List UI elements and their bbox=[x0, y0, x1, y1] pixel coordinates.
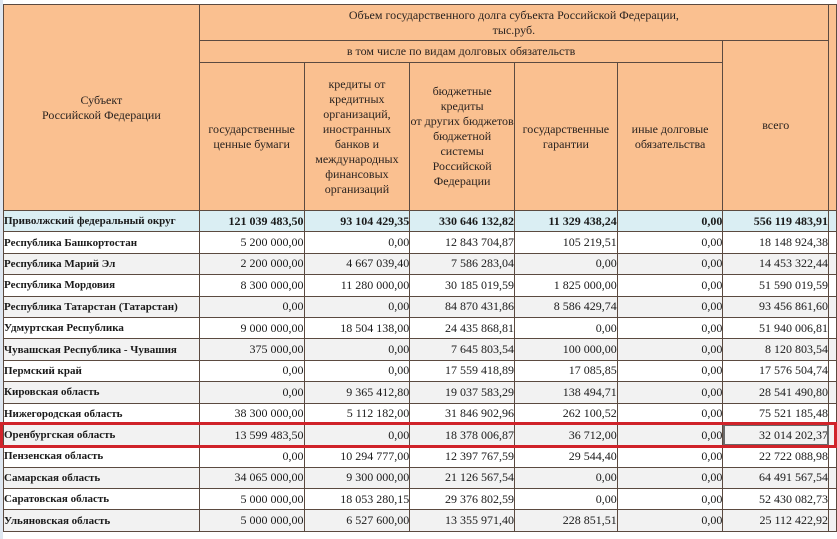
table-row: Республика Татарстан (Татарстан)0,000,00… bbox=[4, 296, 837, 317]
col-header-guarantees[interactable]: государственные гарантии bbox=[514, 63, 617, 211]
cut-cell bbox=[829, 339, 837, 360]
value-cell[interactable]: 12 843 704,87 bbox=[410, 232, 515, 253]
value-cell[interactable]: 11 329 438,24 bbox=[514, 211, 617, 232]
table-row: Нижегородская область38 300 000,005 112 … bbox=[4, 403, 837, 424]
cut-column-header bbox=[829, 5, 837, 211]
value-cell[interactable]: 19 037 583,29 bbox=[410, 382, 515, 403]
value-cell[interactable]: 52 430 082,73 bbox=[723, 489, 829, 510]
value-cell[interactable]: 51 590 019,59 bbox=[723, 275, 829, 296]
region-name-cell[interactable]: Республика Мордовия bbox=[4, 275, 200, 296]
value-cell[interactable]: 0,00 bbox=[617, 424, 723, 445]
value-cell[interactable]: 13 355 971,40 bbox=[410, 510, 515, 531]
table-row: Оренбургская область13 599 483,500,0018 … bbox=[4, 424, 837, 445]
region-name-cell[interactable]: Чувашская Республика - Чувашия bbox=[4, 339, 200, 360]
debt-table: Субъект Российской Федерации Объем госуд… bbox=[3, 4, 837, 532]
col-header-budget-credits[interactable]: бюджетные кредиты от других бюджетов бюд… bbox=[410, 63, 515, 211]
cut-cell bbox=[829, 275, 837, 296]
table-row: Ульяновская область5 000 000,006 527 600… bbox=[4, 510, 837, 531]
value-cell[interactable]: 0,00 bbox=[617, 275, 723, 296]
table-row-total: Приволжский федеральный округ121 039 483… bbox=[4, 211, 837, 232]
value-cell[interactable]: 4 667 039,40 bbox=[304, 253, 410, 274]
value-cell[interactable]: 93 456 861,60 bbox=[723, 296, 829, 317]
cut-cell bbox=[829, 424, 837, 445]
cut-cell bbox=[829, 211, 837, 232]
value-cell[interactable]: 18 148 924,38 bbox=[723, 232, 829, 253]
table-row: Пензенская область0,0010 294 777,0012 39… bbox=[4, 446, 837, 467]
region-name-cell[interactable]: Республика Башкортостан bbox=[4, 232, 200, 253]
table-row: Республика Марий Эл2 200 000,004 667 039… bbox=[4, 253, 837, 274]
value-cell[interactable]: 13 599 483,50 bbox=[199, 424, 304, 445]
region-name-cell[interactable]: Ульяновская область bbox=[4, 510, 200, 531]
value-cell[interactable]: 0,00 bbox=[617, 446, 723, 467]
value-cell[interactable]: 0,00 bbox=[617, 339, 723, 360]
value-cell[interactable]: 25 112 422,92 bbox=[723, 510, 829, 531]
value-cell[interactable]: 0,00 bbox=[514, 489, 617, 510]
region-name-cell[interactable]: Приволжский федеральный округ bbox=[4, 211, 200, 232]
value-cell[interactable]: 14 453 322,44 bbox=[723, 253, 829, 274]
value-cell[interactable]: 7 645 803,54 bbox=[410, 339, 515, 360]
cut-cell bbox=[829, 510, 837, 531]
table-row: Республика Мордовия8 300 000,0011 280 00… bbox=[4, 275, 837, 296]
table-row: Саратовская область5 000 000,0018 053 28… bbox=[4, 489, 837, 510]
cut-cell bbox=[829, 382, 837, 403]
table-row: Чувашская Республика - Чувашия375 000,00… bbox=[4, 339, 837, 360]
value-cell[interactable]: 0,00 bbox=[617, 467, 723, 488]
value-cell[interactable]: 22 722 088,98 bbox=[723, 446, 829, 467]
region-name-cell[interactable]: Самарская область bbox=[4, 467, 200, 488]
region-name-cell[interactable]: Пензенская область bbox=[4, 446, 200, 467]
region-name-cell[interactable]: Республика Марий Эл bbox=[4, 253, 200, 274]
value-cell[interactable]: 28 541 490,80 bbox=[723, 382, 829, 403]
value-cell[interactable]: 262 100,52 bbox=[514, 403, 617, 424]
value-cell[interactable]: 93 104 429,35 bbox=[304, 211, 410, 232]
cut-cell bbox=[829, 296, 837, 317]
value-cell[interactable]: 75 521 185,48 bbox=[723, 403, 829, 424]
value-cell[interactable]: 29 376 802,59 bbox=[410, 489, 515, 510]
value-cell[interactable]: 9 365 412,80 bbox=[304, 382, 410, 403]
value-cell[interactable]: 5 200 000,00 bbox=[199, 232, 304, 253]
value-cell[interactable]: 0,00 bbox=[304, 360, 410, 381]
table-row: Кировская область0,009 365 412,8019 037 … bbox=[4, 382, 837, 403]
table-row: Самарская область34 065 000,009 300 000,… bbox=[4, 467, 837, 488]
value-cell[interactable]: 0,00 bbox=[617, 211, 723, 232]
value-cell[interactable]: 0,00 bbox=[617, 296, 723, 317]
value-cell[interactable]: 5 112 182,00 bbox=[304, 403, 410, 424]
value-cell[interactable]: 8 586 429,74 bbox=[514, 296, 617, 317]
value-cell[interactable]: 31 846 902,96 bbox=[410, 403, 515, 424]
cut-cell bbox=[829, 317, 837, 338]
value-cell[interactable]: 0,00 bbox=[199, 296, 304, 317]
value-cell[interactable]: 36 712,00 bbox=[514, 424, 617, 445]
table-row: Удмуртская Республика9 000 000,0018 504 … bbox=[4, 317, 837, 338]
value-cell[interactable]: 0,00 bbox=[617, 232, 723, 253]
value-cell[interactable]: 17 559 418,89 bbox=[410, 360, 515, 381]
cut-cell bbox=[829, 403, 837, 424]
value-cell[interactable]: 51 940 006,81 bbox=[723, 317, 829, 338]
value-cell[interactable]: 375 000,00 bbox=[199, 339, 304, 360]
value-cell[interactable]: 32 014 202,37 bbox=[723, 424, 829, 445]
cut-cell bbox=[829, 253, 837, 274]
total-column-header[interactable]: всего bbox=[723, 41, 829, 211]
cut-cell bbox=[829, 360, 837, 381]
region-name-cell[interactable]: Удмуртская Республика bbox=[4, 317, 200, 338]
region-name-cell[interactable]: Оренбургская область bbox=[4, 424, 200, 445]
value-cell[interactable]: 556 119 483,91 bbox=[723, 211, 829, 232]
value-cell[interactable]: 0,00 bbox=[304, 296, 410, 317]
value-cell[interactable]: 0,00 bbox=[199, 382, 304, 403]
region-name-cell[interactable]: Пермский край bbox=[4, 360, 200, 381]
value-cell[interactable]: 21 126 567,54 bbox=[410, 467, 515, 488]
value-cell[interactable]: 8 300 000,00 bbox=[199, 275, 304, 296]
table-body: Приволжский федеральный округ121 039 483… bbox=[4, 211, 837, 532]
value-cell[interactable]: 0,00 bbox=[304, 424, 410, 445]
value-cell[interactable]: 9 000 000,00 bbox=[199, 317, 304, 338]
value-cell[interactable]: 17 576 504,74 bbox=[723, 360, 829, 381]
value-cell[interactable]: 0,00 bbox=[514, 317, 617, 338]
value-cell[interactable]: 0,00 bbox=[304, 232, 410, 253]
value-cell[interactable]: 0,00 bbox=[617, 360, 723, 381]
by-type-header[interactable]: в том числе по видам долговых обязательс… bbox=[199, 41, 723, 63]
cut-cell bbox=[829, 232, 837, 253]
value-cell[interactable]: 1 825 000,00 bbox=[514, 275, 617, 296]
region-name-cell[interactable]: Саратовская область bbox=[4, 489, 200, 510]
value-cell[interactable]: 0,00 bbox=[617, 510, 723, 531]
value-cell[interactable]: 24 435 868,81 bbox=[410, 317, 515, 338]
value-cell[interactable]: 0,00 bbox=[514, 467, 617, 488]
value-cell[interactable]: 18 378 006,87 bbox=[410, 424, 515, 445]
value-cell[interactable]: 5 000 000,00 bbox=[199, 510, 304, 531]
value-cell[interactable]: 5 000 000,00 bbox=[199, 489, 304, 510]
col-header-other-obligations[interactable]: иные долговые обязательства bbox=[617, 63, 723, 211]
value-cell[interactable]: 34 065 000,00 bbox=[199, 467, 304, 488]
subject-header[interactable]: Субъект Российской Федерации bbox=[4, 5, 200, 211]
value-cell[interactable]: 29 544,40 bbox=[514, 446, 617, 467]
value-cell[interactable]: 0,00 bbox=[199, 360, 304, 381]
value-cell[interactable]: 11 280 000,00 bbox=[304, 275, 410, 296]
value-cell[interactable]: 7 586 283,04 bbox=[410, 253, 515, 274]
value-cell[interactable]: 64 491 567,54 bbox=[723, 467, 829, 488]
value-cell[interactable]: 10 294 777,00 bbox=[304, 446, 410, 467]
value-cell[interactable]: 105 219,51 bbox=[514, 232, 617, 253]
cut-cell bbox=[829, 446, 837, 467]
value-cell[interactable]: 228 851,51 bbox=[514, 510, 617, 531]
value-cell[interactable]: 38 300 000,00 bbox=[199, 403, 304, 424]
value-cell[interactable]: 0,00 bbox=[617, 403, 723, 424]
value-cell[interactable]: 17 085,85 bbox=[514, 360, 617, 381]
col-header-bank-credits[interactable]: кредиты от кредитных организаций, иностр… bbox=[304, 63, 410, 211]
value-cell[interactable]: 0,00 bbox=[304, 339, 410, 360]
value-cell[interactable]: 18 053 280,15 bbox=[304, 489, 410, 510]
region-name-cell[interactable]: Республика Татарстан (Татарстан) bbox=[4, 296, 200, 317]
value-cell[interactable]: 100 000,00 bbox=[514, 339, 617, 360]
value-cell[interactable]: 18 504 138,00 bbox=[304, 317, 410, 338]
value-cell[interactable]: 121 039 483,50 bbox=[199, 211, 304, 232]
value-cell[interactable]: 12 397 767,59 bbox=[410, 446, 515, 467]
cut-cell bbox=[829, 489, 837, 510]
value-cell[interactable]: 0,00 bbox=[617, 253, 723, 274]
value-cell[interactable]: 6 527 600,00 bbox=[304, 510, 410, 531]
cut-cell bbox=[829, 467, 837, 488]
value-cell[interactable]: 0,00 bbox=[199, 446, 304, 467]
value-cell[interactable]: 0,00 bbox=[617, 382, 723, 403]
region-name-cell[interactable]: Кировская область bbox=[4, 382, 200, 403]
volume-header[interactable]: Объем государственного долга субъекта Ро… bbox=[199, 5, 828, 41]
value-cell[interactable]: 8 120 803,54 bbox=[723, 339, 829, 360]
value-cell[interactable]: 0,00 bbox=[617, 317, 723, 338]
col-header-securities[interactable]: государственные ценные бумаги bbox=[199, 63, 304, 211]
region-name-cell[interactable]: Нижегородская область bbox=[4, 403, 200, 424]
value-cell[interactable]: 30 185 019,59 bbox=[410, 275, 515, 296]
value-cell[interactable]: 330 646 132,82 bbox=[410, 211, 515, 232]
value-cell[interactable]: 9 300 000,00 bbox=[304, 467, 410, 488]
spreadsheet: Субъект Российской Федерации Объем госуд… bbox=[0, 0, 837, 539]
value-cell[interactable]: 84 870 431,86 bbox=[410, 296, 515, 317]
table-row: Республика Башкортостан5 200 000,000,001… bbox=[4, 232, 837, 253]
value-cell[interactable]: 0,00 bbox=[514, 253, 617, 274]
value-cell[interactable]: 138 494,71 bbox=[514, 382, 617, 403]
value-cell[interactable]: 0,00 bbox=[617, 489, 723, 510]
table-row: Пермский край0,000,0017 559 418,8917 085… bbox=[4, 360, 837, 381]
value-cell[interactable]: 2 200 000,00 bbox=[199, 253, 304, 274]
